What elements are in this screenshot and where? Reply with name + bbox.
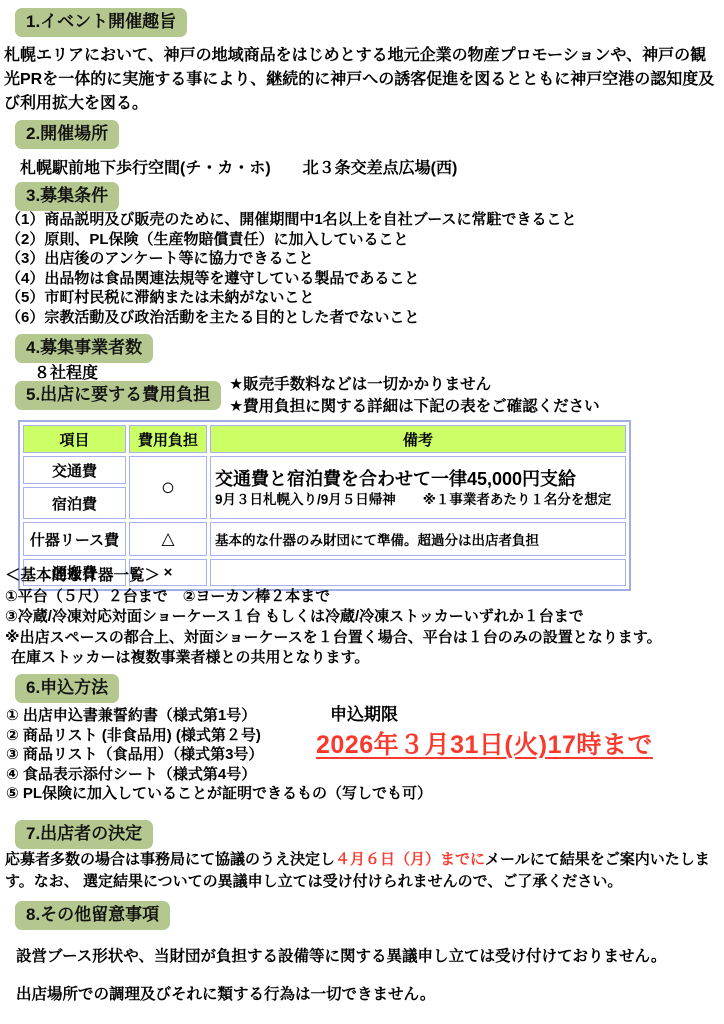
fixtures-line: ③冷蔵/冷凍対応対面ショーケース１台 もしくは冷蔵/冷凍ストッカーいずれか１台ま… xyxy=(5,607,662,628)
cell-burden-transport-lodging: ○ xyxy=(129,456,207,519)
section-5-heading: 5.出店に要する費用負担 xyxy=(15,381,221,410)
section-1-heading: 1.イベント開催趣旨 xyxy=(15,8,187,37)
fixtures-line: ①平台（５尺）２台まで ②ヨーカン棒２本まで xyxy=(5,587,662,608)
col-header-remarks: 備考 xyxy=(210,425,626,453)
condition-item: （1）商品説明及び販売のために、開催期間中1名以上を自社ブースに常駐できること xyxy=(6,210,577,230)
section-3-heading: 3.募集条件 xyxy=(15,182,119,211)
application-doc-item: ⑤ PL保険に加入していることが証明できるもの（写しでも可） xyxy=(6,784,432,804)
col-header-burden: 費用負担 xyxy=(129,425,207,453)
cell-lodging: 宿泊費 xyxy=(23,487,126,519)
section-5-notes: ★販売手数料などは一切かかりません ★費用負担に関する詳細は下記の表をご確認くだ… xyxy=(229,374,599,418)
remark-sub-text: 9月３日札幌入り/9月５日帰神 ※１事業者あたり１名分を想定 xyxy=(215,491,621,509)
section-7-red-date: ４月６日（月）までに xyxy=(335,851,485,868)
application-doc-item: ④ 食品表示添付シート（様式第4号） xyxy=(6,765,432,785)
section-7-heading: 7.出店者の決定 xyxy=(15,820,153,849)
fixtures-list: ＜基本的な什器一覧＞ ①平台（５尺）２台まで ②ヨーカン棒２本まで ③冷蔵/冷凍… xyxy=(5,566,662,669)
section-8-line: 出店場所での調理及びそれに類する行為は一切できません。 xyxy=(16,982,435,1004)
section-7-text-before: 応募者多数の場合は事務局にて協議のうえ決定し xyxy=(5,851,335,868)
remark-main-text: 交通費と宿泊費を合わせて一律45,000円支給 xyxy=(215,467,621,491)
condition-item: （4）出品物は食品関連法規等を遵守している製品であること xyxy=(6,269,577,289)
triangle-symbol: △ xyxy=(161,529,174,548)
table-row: 交通費 ○ 交通費と宿泊費を合わせて一律45,000円支給 9月３日札幌入り/9… xyxy=(23,456,626,484)
section-2-heading: 2.開催場所 xyxy=(15,120,119,149)
col-header-item: 項目 xyxy=(23,425,126,453)
fixtures-line: 在庫ストッカーは複数事業者様との共用となります。 xyxy=(5,648,662,669)
fee-note: ★販売手数料などは一切かかりません xyxy=(229,374,599,395)
cell-remark-fixture: 基本的な什器のみ財団にて準備。超過分は出店者負担 xyxy=(210,522,626,556)
section-4-heading: 4.募集事業者数 xyxy=(15,334,153,363)
fixtures-title: ＜基本的な什器一覧＞ xyxy=(5,566,662,587)
section-1-body: 札幌エリアにおいて、神戸の地域商品をはじめとする地元企業の物産プロモーションや、… xyxy=(4,44,720,116)
section-6-heading: 6.申込方法 xyxy=(15,674,119,703)
table-header-row: 項目 費用負担 備考 xyxy=(23,425,626,453)
deadline-block: 申込期限 2026年３月31日(火)17時まで xyxy=(316,700,653,761)
section-8-heading: 8.その他留意事項 xyxy=(15,901,170,930)
circle-symbol: ○ xyxy=(161,474,176,501)
fixtures-line: ※出店スペースの都合上、対面ショーケースを１台置く場合、平台は１台のみの設置とな… xyxy=(5,628,662,649)
table-row: 什器リース費 △ 基本的な什器のみ財団にて準備。超過分は出店者負担 xyxy=(23,522,626,556)
conditions-list: （1）商品説明及び販売のために、開催期間中1名以上を自社ブースに常駐できること … xyxy=(6,210,577,327)
fee-note: ★費用負担に関する詳細は下記の表をご確認ください xyxy=(229,396,599,417)
condition-item: （6）宗教活動及び政治活動を主たる目的とした者でないこと xyxy=(6,308,577,328)
deadline-label: 申込期限 xyxy=(330,700,653,725)
cell-fixture-lease: 什器リース費 xyxy=(23,522,126,556)
section-5-row: 5.出店に要する費用負担 ★販売手数料などは一切かかりません ★費用負担に関する… xyxy=(15,374,600,418)
cell-burden-fixture: △ xyxy=(129,522,207,556)
cell-remark-transport: 交通費と宿泊費を合わせて一律45,000円支給 9月３日札幌入り/9月５日帰神 … xyxy=(210,456,626,519)
section-7-body: 応募者多数の場合は事務局にて協議のうえ決定し４月６日（月）までにメールにて結果を… xyxy=(5,849,720,893)
cell-transport: 交通費 xyxy=(23,456,126,484)
document-page: { "colors": { "section_header_bg": "#b4c… xyxy=(0,0,724,1024)
section-2-venue: 札幌駅前地下歩行空間(チ・カ・ホ) 北３条交差点広場(西) xyxy=(20,157,457,181)
section-8-line: 設営ブース形状や、当財団が負担する設備等に関する異議申し立ては受け付けておりませ… xyxy=(16,944,666,966)
condition-item: （2）原則、PL保険（生産物賠償責任）に加入していること xyxy=(6,230,577,250)
deadline-date: 2026年３月31日(火)17時まで xyxy=(316,725,653,761)
condition-item: （3）出店後のアンケート等に協力できること xyxy=(6,249,577,269)
condition-item: （5）市町村民税に滞納または未納がないこと xyxy=(6,288,577,308)
